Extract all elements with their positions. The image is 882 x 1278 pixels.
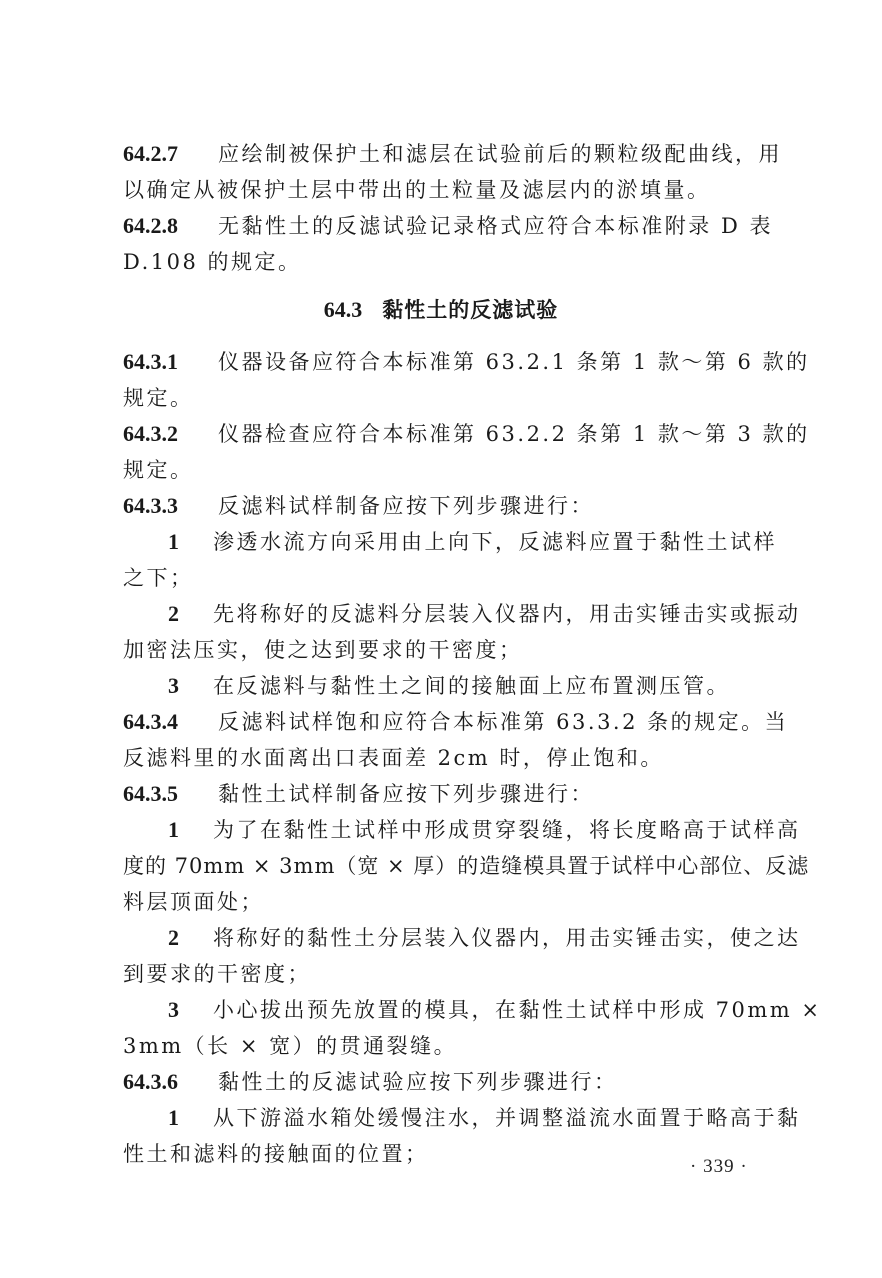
clause-64-2-7-line-2: 以确定从被保护土层中带出的土粒量及滤层内的淤填量。 <box>123 172 773 208</box>
section-number: 64.3 <box>324 297 363 322</box>
clause-64-2-8-line-2: D.108 的规定。 <box>123 244 773 280</box>
clause-number: 64.3.3 <box>123 488 218 524</box>
clause-64-3-3-item-2-line-1: 2先将称好的反滤料分层装入仪器内，用击实锤击实或振动 <box>168 596 773 632</box>
item-number: 3 <box>168 992 213 1028</box>
clause-64-3-1-line-1: 64.3.1仪器设备应符合本标准第 63.2.1 条第 1 款～第 6 款的 <box>123 344 773 380</box>
clause-number: 64.2.8 <box>123 208 218 244</box>
item-number: 2 <box>168 920 213 956</box>
clause-64-3-5-item-3-line-2: 3mm（长 × 宽）的贯通裂缝。 <box>123 1028 773 1064</box>
clause-64-3-6-item-1-line-1: 1从下游溢水箱处缓慢注水，并调整溢流水面置于略高于黏 <box>168 1100 773 1136</box>
clause-64-3-2-line-1: 64.3.2仪器检查应符合本标准第 63.2.2 条第 1 款～第 3 款的 <box>123 416 773 452</box>
item-number: 1 <box>168 812 213 848</box>
clause-64-3-5-item-1-line-1: 1为了在黏性土试样中形成贯穿裂缝，将长度略高于试样高 <box>168 812 773 848</box>
clause-number: 64.2.7 <box>123 136 218 172</box>
item-number: 1 <box>168 1100 213 1136</box>
item-number: 1 <box>168 524 213 560</box>
clause-64-3-5-item-2-line-2: 到要求的干密度； <box>123 956 773 992</box>
clause-64-2-7-line-1: 64.2.7应绘制被保护土和滤层在试验前后的颗粒级配曲线，用 <box>123 136 773 172</box>
clause-64-3-5-item-1-line-2: 度的 70mm × 3mm（宽 × 厚）的造缝模具置于试样中心部位、反滤 <box>123 848 773 884</box>
clause-64-3-3-item-3-line-1: 3在反滤料与黏性土之间的接触面上应布置测压管。 <box>168 668 773 704</box>
clause-64-3-3-item-1-line-1: 1渗透水流方向采用由上向下，反滤料应置于黏性土试样 <box>168 524 773 560</box>
clause-64-3-3-item-1-line-2: 之下； <box>123 560 773 596</box>
clause-64-3-5-line-1: 64.3.5黏性土试样制备应按下列步骤进行： <box>123 776 773 812</box>
clause-64-3-5-item-2-line-1: 2将称好的黏性土分层装入仪器内，用击实锤击实，使之达 <box>168 920 773 956</box>
clause-64-3-2-line-2: 规定。 <box>123 452 773 488</box>
clause-number: 64.3.1 <box>123 344 218 380</box>
clause-64-3-5-item-3-line-1: 3小心拔出预先放置的模具，在黏性土试样中形成 70mm × <box>168 992 773 1028</box>
clause-number: 64.3.5 <box>123 776 218 812</box>
clause-number: 64.3.4 <box>123 704 218 740</box>
clause-number: 64.3.2 <box>123 416 218 452</box>
clause-64-3-4-line-2: 反滤料里的水面离出口表面差 2cm 时，停止饱和。 <box>123 740 773 776</box>
clause-64-2-8-line-1: 64.2.8无黏性土的反滤试验记录格式应符合本标准附录 D 表 <box>123 208 773 244</box>
document-page: 64.2.7应绘制被保护土和滤层在试验前后的颗粒级配曲线，用 以确定从被保护土层… <box>0 0 882 1278</box>
clause-64-3-3-item-2-line-2: 加密法压实，使之达到要求的干密度； <box>123 632 773 668</box>
clause-64-3-6-line-1: 64.3.6黏性土的反滤试验应按下列步骤进行： <box>123 1064 773 1100</box>
clause-64-3-3-line-1: 64.3.3反滤料试样制备应按下列步骤进行： <box>123 488 773 524</box>
section-heading: 64.3黏性土的反滤试验 <box>0 292 882 328</box>
clause-number: 64.3.6 <box>123 1064 218 1100</box>
clause-64-3-5-item-1-line-3: 料层顶面处； <box>123 884 773 920</box>
clause-64-3-4-line-1: 64.3.4反滤料试样饱和应符合本标准第 63.3.2 条的规定。当 <box>123 704 773 740</box>
page-number: · 339 · <box>690 1156 748 1178</box>
item-number: 2 <box>168 596 213 632</box>
item-number: 3 <box>168 668 213 704</box>
clause-64-3-6-item-1-line-2: 性土和滤料的接触面的位置； <box>123 1136 773 1172</box>
clause-64-3-1-line-2: 规定。 <box>123 380 773 416</box>
section-title: 黏性土的反滤试验 <box>382 298 558 322</box>
